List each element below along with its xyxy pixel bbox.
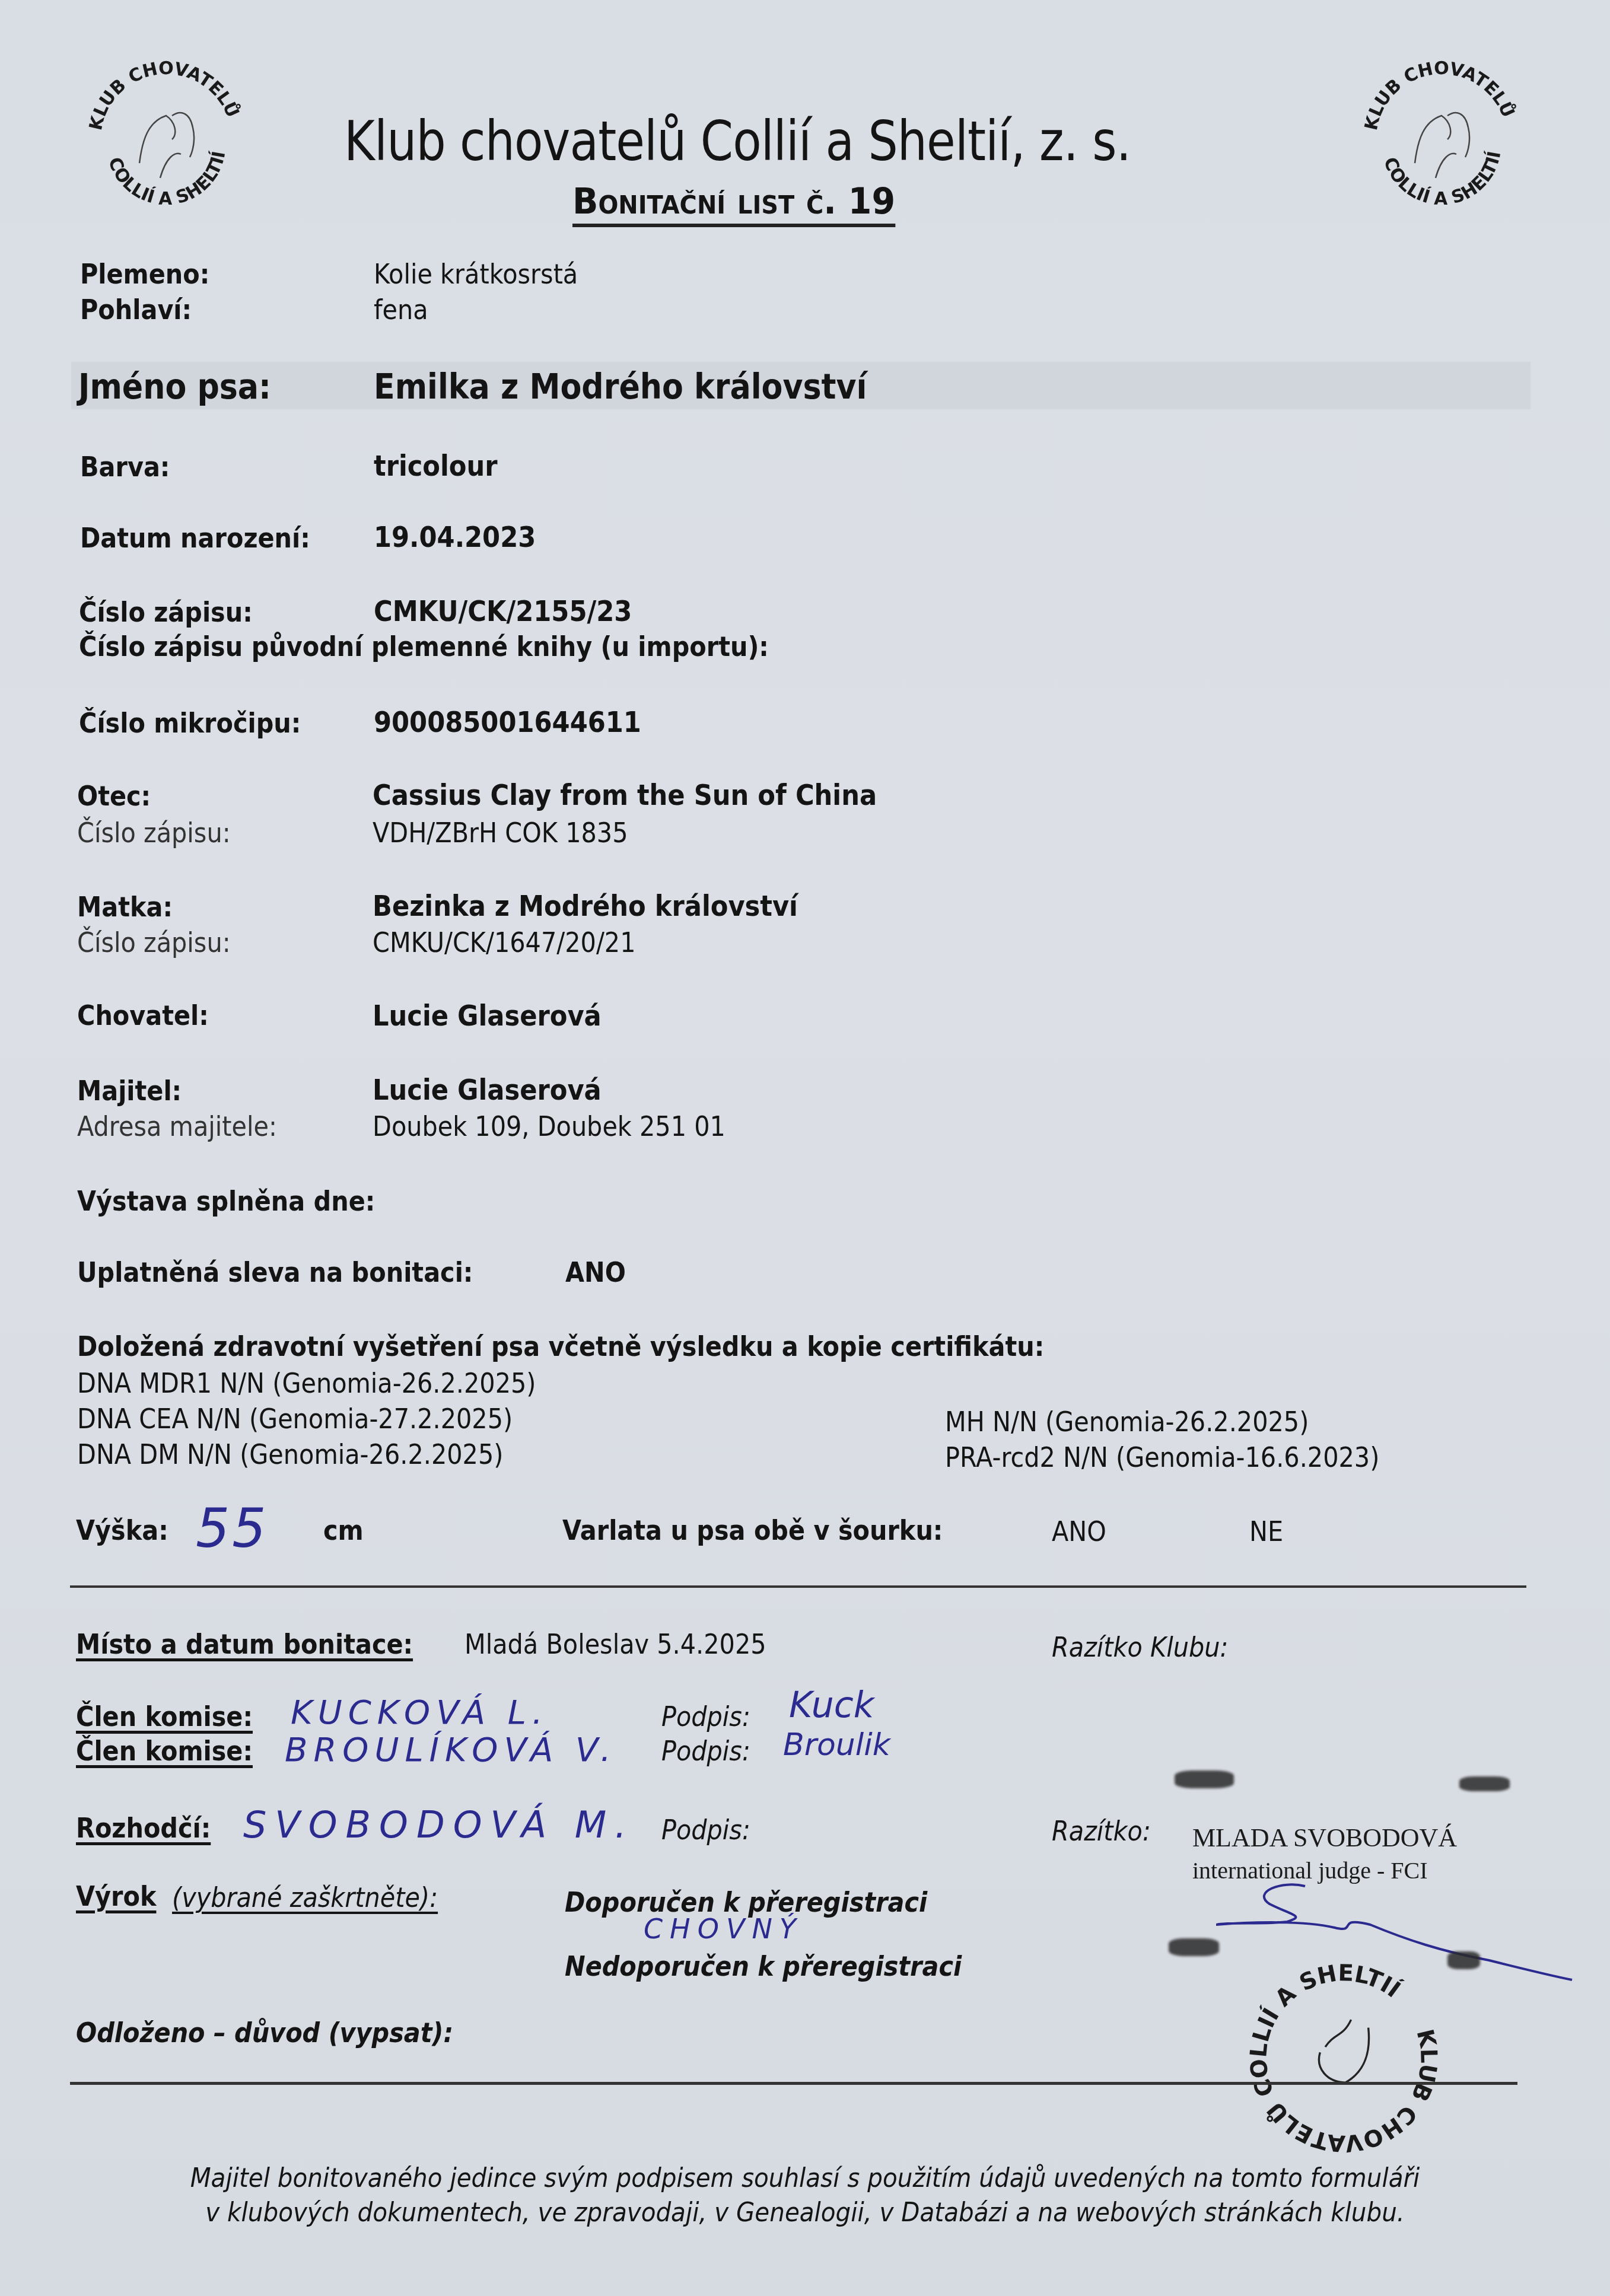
- breeder-value: Lucie Glaserová: [373, 999, 602, 1033]
- discount-value: ANO: [565, 1256, 626, 1288]
- testicles-option-no[interactable]: NE: [1249, 1515, 1283, 1547]
- judge-signature-label: Podpis:: [661, 1814, 750, 1846]
- committee-member-1-name[interactable]: KUCKOVÁ L.: [291, 1693, 549, 1732]
- microchip-label: Číslo mikročipu:: [79, 707, 301, 739]
- svg-text:KLUB CHOVATELŮ: KLUB CHOVATELŮ: [85, 58, 244, 132]
- stamp-smudge: [1175, 1770, 1234, 1788]
- stamp-label: Razítko:: [1052, 1815, 1151, 1847]
- registration-value: CMKU/CK/2155/23: [374, 595, 632, 628]
- svg-text:COLLIÍ A SHELTIÍ: COLLIÍ A SHELTIÍ: [104, 149, 230, 209]
- verdict-handwritten-note: CHOVNÝ: [644, 1913, 803, 1945]
- stamp-smudge: [1447, 1951, 1480, 1969]
- health-test-cea: DNA CEA N/N (Genomia-27.2.2025): [77, 1403, 513, 1435]
- club-logo-left-icon: KLUB CHOVATELŮ COLLIÍ A SHELTIÍ: [77, 50, 255, 228]
- mother-label: Matka:: [77, 891, 173, 923]
- signature-1-label: Podpis:: [661, 1700, 750, 1733]
- verdict-label: Výrok: [76, 1880, 156, 1912]
- judge-label: Rozhodčí:: [76, 1812, 211, 1844]
- original-registration-label: Číslo zápisu původní plemenné knihy (u i…: [79, 630, 769, 663]
- committee-member-1-label: Člen komise:: [76, 1700, 253, 1733]
- health-tests-label: Doložená zdravotní vyšetření psa včetně …: [77, 1330, 1044, 1362]
- father-registration-label: Číslo zápisu:: [77, 817, 231, 849]
- svg-text:COLLIÍ A SHELTIÍ: COLLIÍ A SHELTIÍ: [1379, 149, 1505, 209]
- committee-member-2-name[interactable]: BROULÍKOVÁ V.: [285, 1731, 617, 1769]
- consent-text-line-1: Majitel bonitovaného jedince svým podpis…: [65, 2163, 1546, 2193]
- stamp-smudge: [1169, 1938, 1219, 1956]
- discount-label: Uplatněná sleva na bonitaci:: [77, 1256, 473, 1288]
- dog-name-label: Jméno psa:: [78, 367, 271, 407]
- birth-date-value: 19.04.2023: [374, 521, 536, 554]
- mother-registration-value: CMKU/CK/1647/20/21: [373, 926, 636, 958]
- sex-label: Pohlaví:: [80, 294, 192, 326]
- breed-value: Kolie krátkosrstá: [374, 258, 578, 290]
- postponed-reason-label: Odloženo – důvod (vypsat):: [76, 2017, 453, 2049]
- round-club-stamp-icon: KLUB CHOVATELŮ COLLIÍ A SHELTIÍ: [1237, 1957, 1450, 2159]
- sex-value: fena: [374, 294, 428, 326]
- breeder-label: Chovatel:: [77, 999, 209, 1031]
- owner-address-label: Adresa majitele:: [77, 1110, 277, 1142]
- owner-value: Lucie Glaserová: [373, 1074, 602, 1107]
- father-value: Cassius Clay from the Sun of China: [373, 779, 877, 812]
- judge-name[interactable]: SVOBODOVÁ M.: [243, 1803, 635, 1846]
- signature-2[interactable]: Broulik: [783, 1727, 890, 1763]
- show-completed-label: Výstava splněna dne:: [77, 1185, 375, 1217]
- health-test-pra-rcd2: PRA-rcd2 N/N (Genomia-16.6.2023): [945, 1441, 1379, 1473]
- father-label: Otec:: [77, 780, 151, 812]
- judge-stamp-name: MLADA SVOBODOVÁ: [1192, 1823, 1457, 1853]
- testicles-label: Varlata u psa obě v šourku:: [562, 1514, 943, 1546]
- testicles-option-yes[interactable]: ANO: [1052, 1515, 1106, 1547]
- height-unit: cm: [323, 1514, 364, 1546]
- mother-value: Bezinka z Modrého království: [373, 890, 798, 923]
- verdict-hint: (vybrané zaškrtněte):: [172, 1881, 438, 1913]
- section-divider: [70, 1585, 1526, 1588]
- place-date-value: Mladá Boleslav 5.4.2025: [464, 1628, 766, 1660]
- microchip-value: 900085001644611: [374, 706, 641, 739]
- registration-label: Číslo zápisu:: [79, 596, 253, 628]
- stamp-smudge: [1459, 1776, 1510, 1791]
- father-registration-value: VDH/ZBrH COK 1835: [373, 817, 628, 849]
- document-title: Bonitační list č. 19: [572, 181, 895, 227]
- club-stamp-label: Razítko Klubu:: [1052, 1631, 1228, 1663]
- svg-text:KLUB CHOVATELŮ: KLUB CHOVATELŮ: [1361, 58, 1519, 132]
- bottom-divider: [70, 2082, 1517, 2085]
- svg-text:KLUB CHOVATELŮ COLLIÍ A SHELTI: KLUB CHOVATELŮ COLLIÍ A SHELTIÍ: [1237, 1957, 1450, 2159]
- club-logo-right-icon: KLUB CHOVATELŮ COLLIÍ A SHELTIÍ: [1353, 50, 1531, 228]
- consent-text-line-2: v klubových dokumentech, ve zpravodaji, …: [65, 2198, 1546, 2228]
- health-test-mh: MH N/N (Genomia-26.2.2025): [945, 1406, 1309, 1438]
- height-label: Výška:: [76, 1514, 168, 1546]
- health-test-dm: DNA DM N/N (Genomia-26.2.2025): [77, 1438, 503, 1470]
- height-value[interactable]: 55: [196, 1498, 269, 1560]
- place-date-label: Místo a datum bonitace:: [76, 1628, 413, 1660]
- committee-member-2-label: Člen komise:: [76, 1735, 253, 1767]
- signature-1[interactable]: Kuck: [789, 1684, 874, 1726]
- club-name-heading: Klub chovatelů Collií a Sheltií, z. s.: [344, 110, 1131, 173]
- birth-date-label: Datum narození:: [80, 522, 310, 554]
- verdict-not-recommended-option[interactable]: Nedoporučen k přeregistraci: [565, 1950, 962, 1982]
- owner-address-value: Doubek 109, Doubek 251 01: [373, 1110, 726, 1142]
- breed-label: Plemeno:: [80, 258, 209, 290]
- color-value: tricolour: [374, 450, 498, 483]
- signature-2-label: Podpis:: [661, 1735, 750, 1767]
- health-test-mdr1: DNA MDR1 N/N (Genomia-26.2.2025): [77, 1367, 536, 1399]
- owner-label: Majitel:: [77, 1075, 182, 1107]
- dog-name-value: Emilka z Modrého království: [374, 367, 867, 407]
- color-label: Barva:: [80, 451, 170, 483]
- mother-registration-label: Číslo zápisu:: [77, 926, 231, 958]
